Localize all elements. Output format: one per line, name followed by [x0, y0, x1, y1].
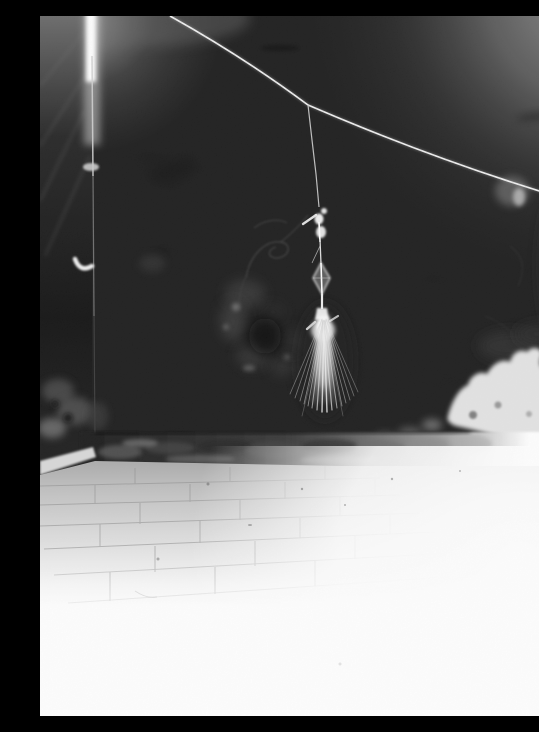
photograph	[40, 16, 539, 716]
film-grain	[40, 16, 539, 716]
